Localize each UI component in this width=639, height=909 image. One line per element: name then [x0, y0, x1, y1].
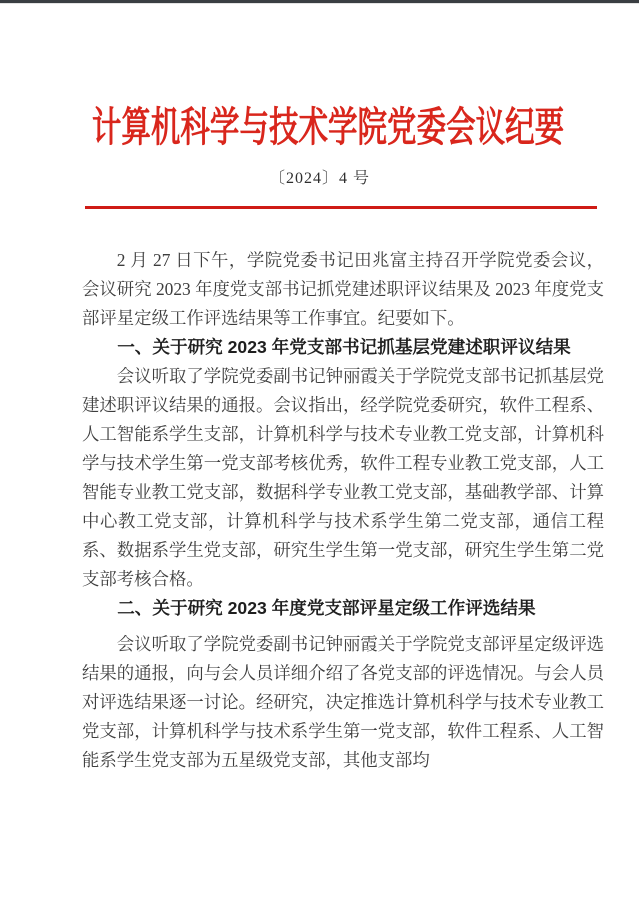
document-body: 2 月 27 日下午，学院党委书记田兆富主持召开学院党委会议，会议研究 2023… [82, 246, 604, 775]
paragraph-section-1: 会议听取了学院党委副书记钟丽霞关于学院党支部书记抓基层党建述职评议结果的通报。会… [82, 362, 604, 594]
red-divider-rule [85, 206, 597, 209]
section-heading-2: 二、关于研究 2023 年度党支部评星定级工作评选结果 [82, 594, 604, 623]
document-page: 计算机科学与技术学院党委会议纪要 〔2024〕4 号 2 月 27 日下午，学院… [0, 0, 639, 909]
document-title-text: 计算机科学与技术学院党委会议纪要 [92, 102, 564, 152]
window-top-edge [0, 0, 639, 4]
document-title: 计算机科学与技术学院党委会议纪要 [0, 102, 639, 152]
paragraph-section-2: 会议听取了学院党委副书记钟丽霞关于学院党支部评星定级评选结果的通报，向与会人员详… [82, 630, 604, 775]
section-heading-1: 一、关于研究 2023 年党支部书记抓基层党建述职评议结果 [82, 333, 604, 362]
issue-number: 〔2024〕4 号 [0, 169, 639, 189]
paragraph-intro: 2 月 27 日下午，学院党委书记田兆富主持召开学院党委会议，会议研究 2023… [82, 246, 604, 333]
